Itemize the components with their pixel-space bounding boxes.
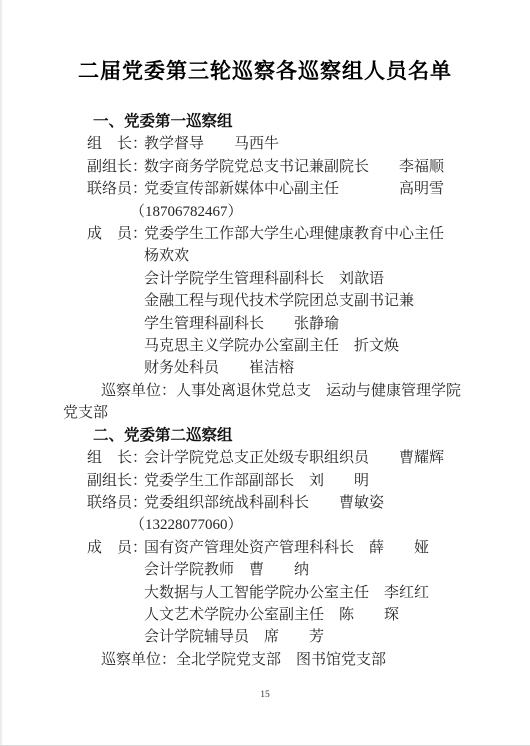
person-line: 大数据与人工智能学院办公室主任 李红红 — [144, 582, 467, 604]
role-label: 成 员： — [87, 223, 144, 245]
role-row-members: 成 员： 国有资产管理处资产管理科科长 薛 娅 会计学院教师 曹 纳 大数据与人… — [63, 537, 467, 649]
inspected-units-line: 党支部 — [63, 402, 467, 424]
role-row-deputy-leader: 副组长： 党委学生工作部副部长 刘 明 — [63, 470, 467, 492]
role-label: 联络员： — [87, 178, 144, 200]
phone-line: （13228077060） — [130, 514, 467, 536]
person-line: 会计学院学生管理科副科长 刘歆语 — [144, 268, 467, 290]
role-row-leader: 组 长： 会计学院党总支正处级专职组织员 曹耀辉 — [63, 447, 467, 469]
phone-line: （18706782467） — [130, 201, 467, 223]
person-line: 会计学院教师 曹 纳 — [144, 559, 467, 581]
role-content: 党委学生工作部大学生心理健康教育中心主任 杨欢欢 会计学院学生管理科副科长 刘歆… — [144, 223, 467, 380]
role-label: 组 长： — [87, 447, 144, 469]
section-heading-1: 一、党委第一巡察组 — [63, 111, 467, 133]
role-label: 副组长： — [87, 470, 144, 492]
person-line: 党委学生工作部副部长 刘 明 — [144, 470, 467, 492]
person-line: 会计学院辅导员 席 芳 — [144, 626, 467, 648]
role-row-leader: 组 长： 教学督导 马西牛 — [63, 133, 467, 155]
inspected-units-1: 巡察单位：人事处离退休党总支 运动与健康管理学院 党支部 — [63, 380, 467, 425]
role-content: 党委学生工作部副部长 刘 明 — [144, 470, 467, 492]
person-line: 教学督导 马西牛 — [144, 133, 467, 155]
role-content: 党委组织部统战科副科长 曹敏姿 （13228077060） — [144, 492, 467, 537]
role-row-liaison: 联络员： 党委宣传部新媒体中心副主任 高明雪 （18706782467） — [63, 178, 467, 223]
role-content: 国有资产管理处资产管理科科长 薛 娅 会计学院教师 曹 纳 大数据与人工智能学院… — [144, 537, 467, 649]
person-line: 财务处科员 崔洁榕 — [144, 357, 467, 379]
person-line: 党委组织部统战科副科长 曹敏姿 — [144, 492, 467, 514]
person-line: 人文艺术学院办公室副主任 陈 琛 — [144, 604, 467, 626]
role-label: 副组长： — [87, 156, 144, 178]
role-content: 会计学院党总支正处级专职组织员 曹耀辉 — [144, 447, 467, 469]
section-heading-2: 二、党委第二巡察组 — [63, 425, 467, 447]
person-line: 马克思主义学院办公室副主任 折文焕 — [144, 335, 467, 357]
person-line: 会计学院党总支正处级专职组织员 曹耀辉 — [144, 447, 467, 469]
page-number: 15 — [0, 690, 530, 700]
role-row-liaison: 联络员： 党委组织部统战科副科长 曹敏姿 （13228077060） — [63, 492, 467, 537]
role-label: 组 长： — [87, 133, 144, 155]
document-page: 二届党委第三轮巡察各巡察组人员名单 一、党委第一巡察组 组 长： 教学督导 马西… — [0, 0, 530, 746]
role-content: 教学督导 马西牛 — [144, 133, 467, 155]
role-label: 成 员： — [87, 537, 144, 559]
person-line: 数字商务学院党总支书记兼副院长 李福顺 — [144, 156, 467, 178]
person-line: 杨欢欢 — [144, 245, 467, 267]
person-line: 学生管理科副科长 张静瑜 — [144, 313, 467, 335]
person-line: 党委宣传部新媒体中心副主任 高明雪 — [144, 178, 467, 200]
person-line: 金融工程与现代技术学院团总支副书记兼 — [144, 290, 467, 312]
inspected-units-line: 巡察单位：人事处离退休党总支 运动与健康管理学院 — [63, 380, 467, 402]
role-content: 党委宣传部新媒体中心副主任 高明雪 （18706782467） — [144, 178, 467, 223]
inspected-units-line: 巡察单位：全北学院党支部 图书馆党支部 — [63, 649, 467, 671]
person-line: 党委学生工作部大学生心理健康教育中心主任 — [144, 223, 467, 245]
role-row-deputy-leader: 副组长： 数字商务学院党总支书记兼副院长 李福顺 — [63, 156, 467, 178]
role-content: 数字商务学院党总支书记兼副院长 李福顺 — [144, 156, 467, 178]
role-row-members: 成 员： 党委学生工作部大学生心理健康教育中心主任 杨欢欢 会计学院学生管理科副… — [63, 223, 467, 380]
inspected-units-2: 巡察单位：全北学院党支部 图书馆党支部 — [63, 649, 467, 671]
person-line: 国有资产管理处资产管理科科长 薛 娅 — [144, 537, 467, 559]
document-title: 二届党委第三轮巡察各巡察组人员名单 — [0, 0, 530, 86]
document-body: 一、党委第一巡察组 组 长： 教学督导 马西牛 副组长： 数字商务学院党总支书记… — [63, 111, 467, 671]
role-label: 联络员： — [87, 492, 144, 514]
